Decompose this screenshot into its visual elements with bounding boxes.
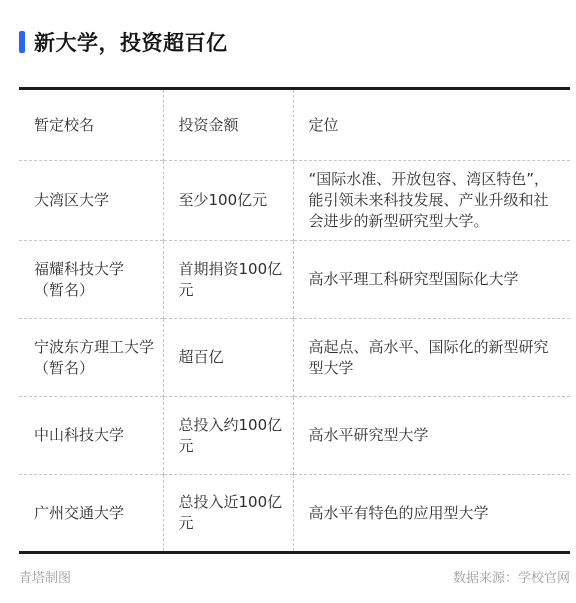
cell-positioning: 高起点、高水平、国际化的新型研究 型大学 (293, 319, 570, 397)
cell-investment: 总投入近100亿 元 (163, 475, 293, 553)
table-row: 广州交通大学 总投入近100亿 元 高水平有特色的应用型大学 (19, 475, 570, 553)
table-header: 暂定校名 投资金额 定位 (19, 89, 570, 161)
cell-school-name: 大湾区大学 (19, 161, 163, 241)
table-header-row: 暂定校名 投资金额 定位 (19, 89, 570, 161)
column-header-investment: 投资金额 (163, 89, 293, 161)
title-row: 新大学，投资超百亿 (19, 30, 570, 54)
data-source-text: 数据来源：学校官网 (453, 567, 570, 586)
infographic-page: 新大学，投资超百亿 暂定校名 投资金额 定位 大湾区大学 至少100亿元 “国际… (0, 0, 576, 603)
cell-school-name: 福耀科技大学 （暂名） (19, 241, 163, 319)
table-row: 大湾区大学 至少100亿元 “国际水准、开放包容、湾区特色”， 能引领未来科技发… (19, 161, 570, 241)
cell-positioning: 高水平有特色的应用型大学 (293, 475, 570, 553)
cell-investment: 至少100亿元 (163, 161, 293, 241)
table-row: 福耀科技大学 （暂名） 首期捐资100亿 元 高水平理工科研究型国际化大学 (19, 241, 570, 319)
cell-school-name: 中山科技大学 (19, 397, 163, 475)
credit-text: 青塔制图 (19, 567, 71, 586)
column-header-positioning: 定位 (293, 89, 570, 161)
cell-positioning: 高水平理工科研究型国际化大学 (293, 241, 570, 319)
footer: 青塔制图 数据来源：学校官网 (19, 567, 570, 586)
table-body: 大湾区大学 至少100亿元 “国际水准、开放包容、湾区特色”， 能引领未来科技发… (19, 161, 570, 553)
cell-positioning: 高水平研究型大学 (293, 397, 570, 475)
universities-table: 暂定校名 投资金额 定位 大湾区大学 至少100亿元 “国际水准、开放包容、湾区… (19, 87, 570, 554)
cell-investment: 首期捐资100亿 元 (163, 241, 293, 319)
cell-school-name: 广州交通大学 (19, 475, 163, 553)
cell-positioning: “国际水准、开放包容、湾区特色”， 能引领未来科技发展、产业升级和社 会进步的新… (293, 161, 570, 241)
column-header-school-name: 暂定校名 (19, 89, 163, 161)
cell-investment: 总投入约100亿 元 (163, 397, 293, 475)
title-accent-bar (19, 31, 25, 53)
cell-school-name: 宁波东方理工大学 （暂名） (19, 319, 163, 397)
cell-investment: 超百亿 (163, 319, 293, 397)
page-title: 新大学，投资超百亿 (34, 27, 228, 57)
table-row: 中山科技大学 总投入约100亿 元 高水平研究型大学 (19, 397, 570, 475)
table-row: 宁波东方理工大学 （暂名） 超百亿 高起点、高水平、国际化的新型研究 型大学 (19, 319, 570, 397)
